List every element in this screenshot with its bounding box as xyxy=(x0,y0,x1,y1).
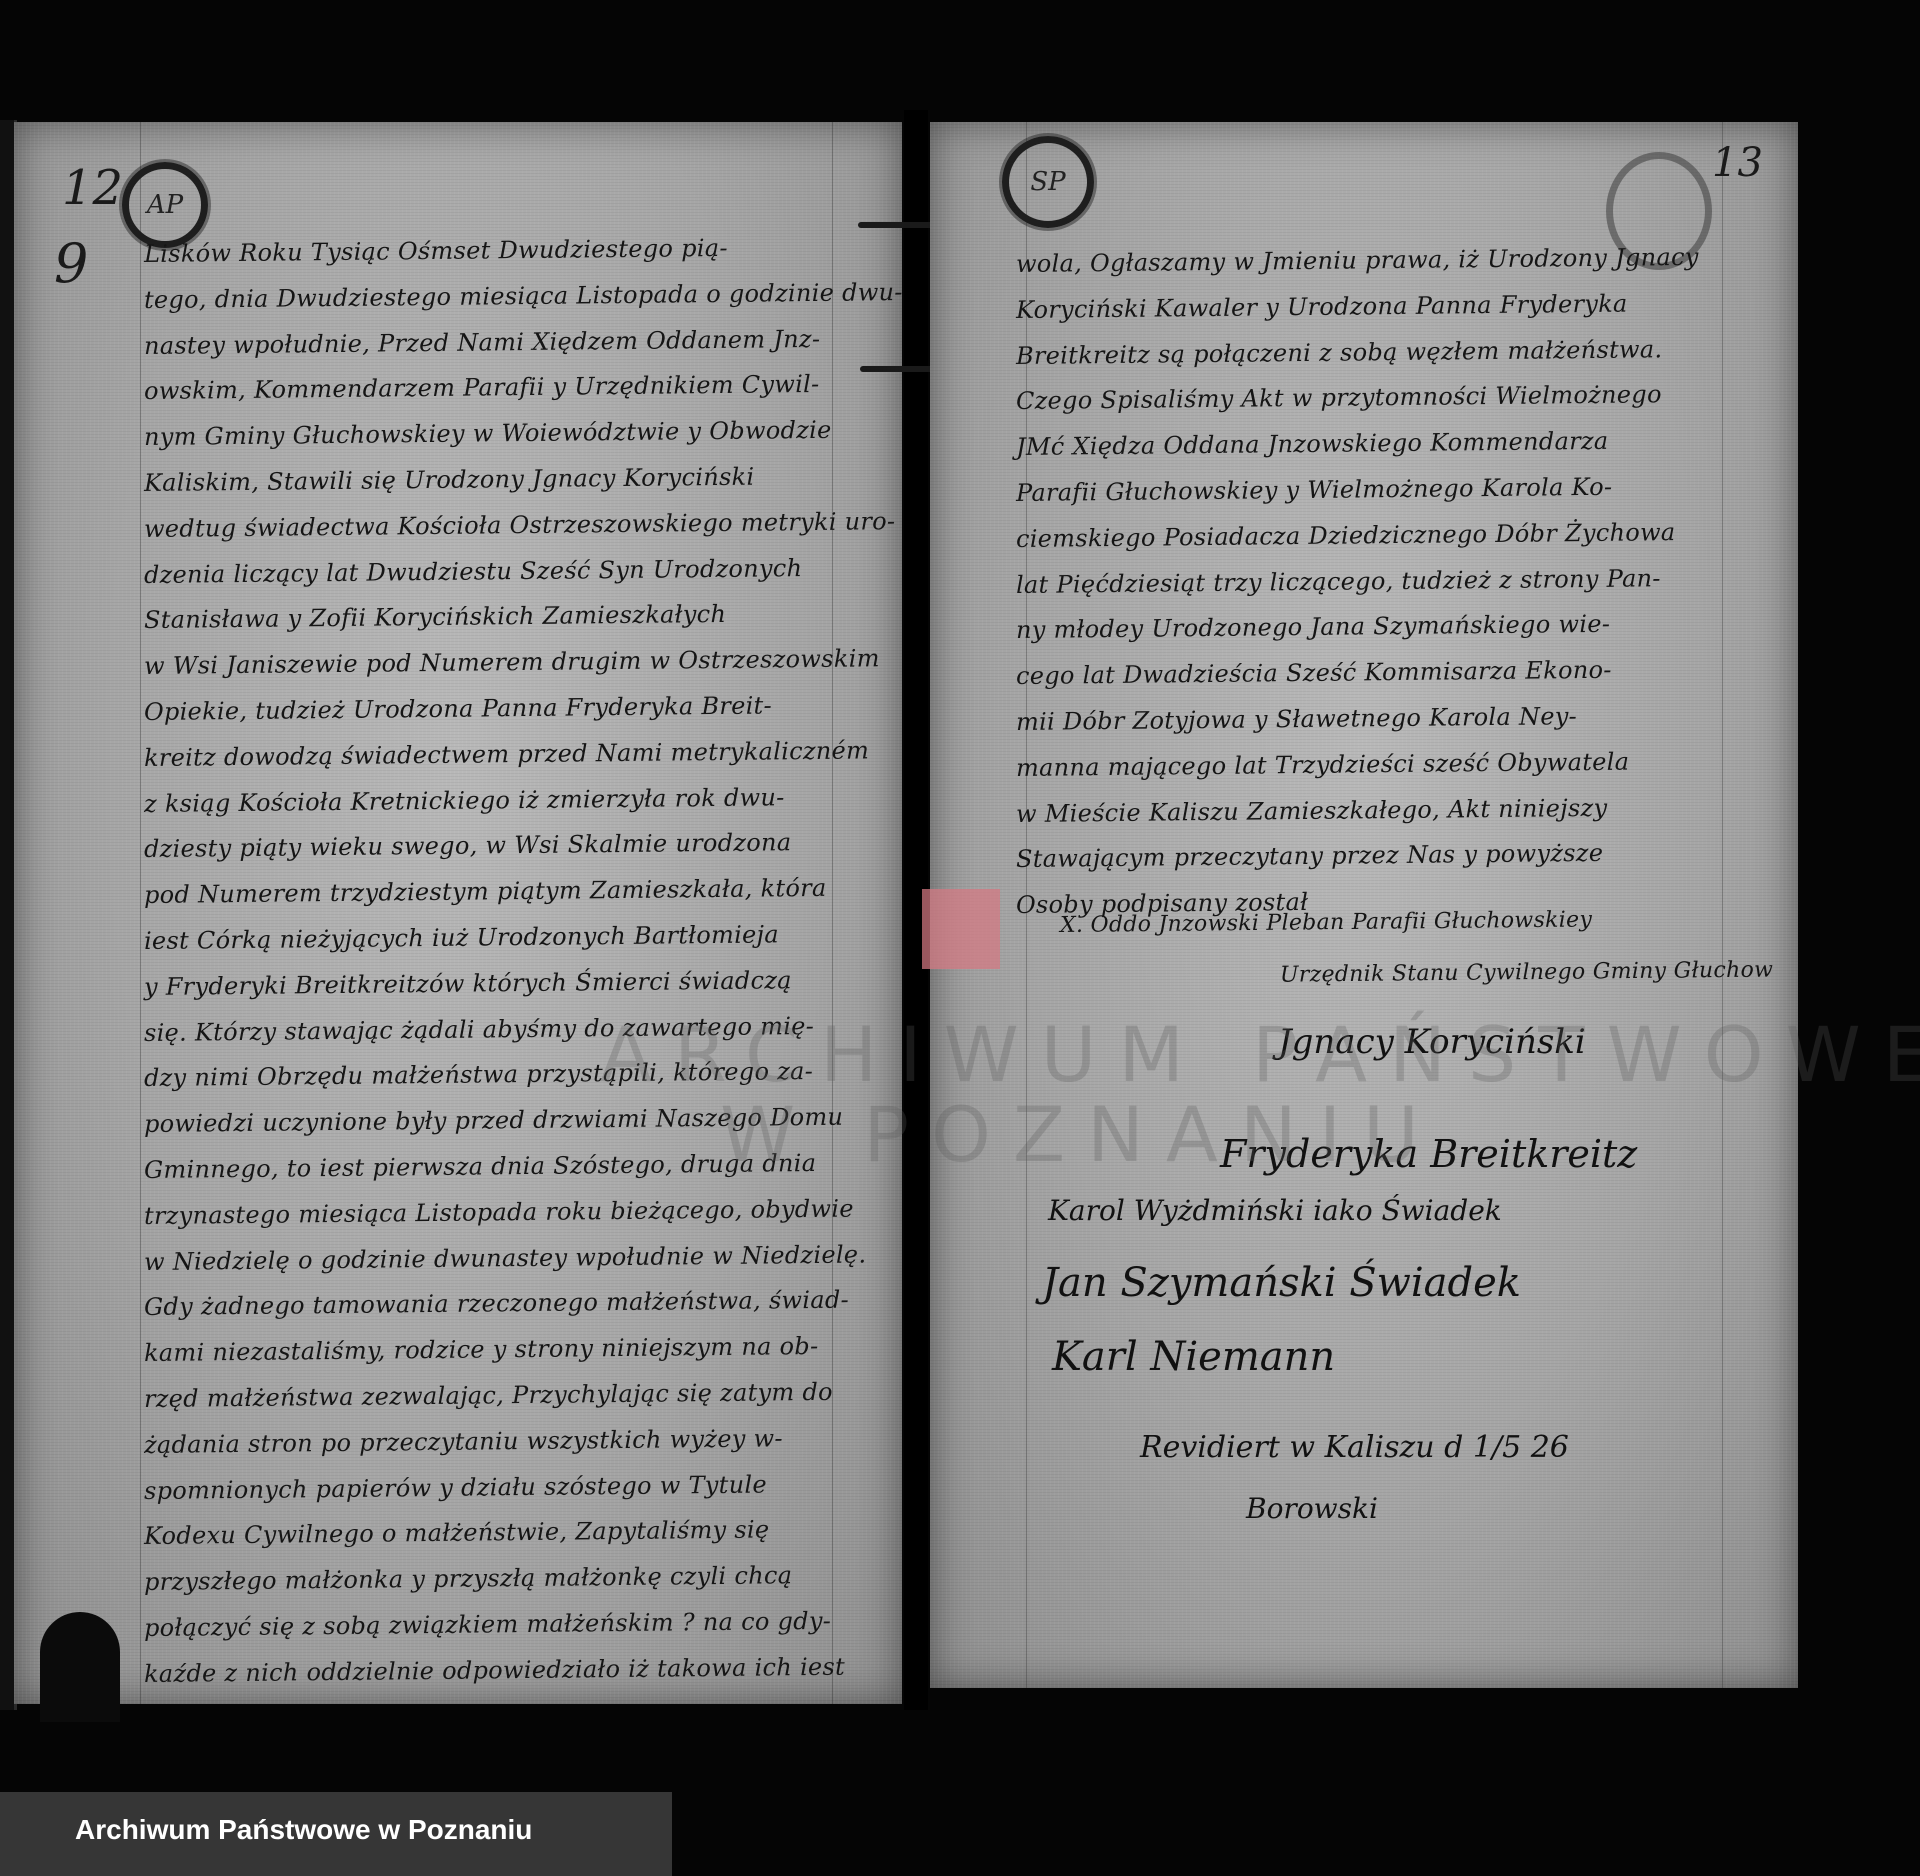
text-line: w Wsi Janiszewie pod Numerem drugim w Os… xyxy=(144,636,903,690)
archive-seal-stamp: SP xyxy=(1002,136,1094,228)
text-line: Kodexu Cywilnego o małżeństwie, Zapytali… xyxy=(144,1506,903,1560)
text-line: Stanisława y Zofii Korycińskich Zamieszk… xyxy=(144,590,903,644)
text-line: wola, Ogłaszamy w Jmieniu prawa, iż Urod… xyxy=(1016,235,1699,288)
text-line: lat Pięćdziesiąt trzy liczącego, tudzież… xyxy=(1016,555,1699,608)
text-line: Stawającym przeczytany przez Nas y powyż… xyxy=(1016,830,1699,883)
text-line: tego, dnia Dwudziestego miesiąca Listopa… xyxy=(144,270,903,324)
page-clip-shadow xyxy=(40,1612,120,1722)
text-line: Opiekie, tudzież Urodzona Panna Fryderyk… xyxy=(144,682,903,736)
text-line: ciemskiego Posiadacza Dziedzicznego Dóbr… xyxy=(1016,510,1699,563)
text-line: kaźde z nich oddzielnie odpowiedziało iż… xyxy=(144,1644,903,1698)
position-marker xyxy=(922,889,1000,969)
text-line: Czego Spisaliśmy Akt w przytomności Wiel… xyxy=(1016,372,1699,425)
text-line: owskim, Kommendarzem Parafii y Urzędniki… xyxy=(144,361,903,415)
text-line: w Mieście Kaliszu Zamieszkałego, Akt nin… xyxy=(1016,784,1699,837)
text-line: Lisków Roku Tysiąc Ośmset Dwudziestego p… xyxy=(144,224,903,278)
archive-label: Archiwum Państwowe w Poznaniu xyxy=(75,1814,532,1846)
right-page: SP 13 wola, Ogłaszamy w Jmieniu prawa, i… xyxy=(930,122,1798,1688)
text-line: Koryciński Kawaler y Urodzona Panna Fryd… xyxy=(1016,281,1699,334)
text-line: nym Gminy Głuchowskiey w Woiewództwie y … xyxy=(144,407,903,461)
officiant-line: X. Oddo Jnzowski Pleban Parafii Głuchows… xyxy=(1060,893,1774,952)
text-line: kreitz dowodzą świadectwem przed Nami me… xyxy=(144,728,903,782)
watermark-line-1: ARCHIWUM PAŃSTWOWE xyxy=(600,1010,1920,1099)
text-line: przyszłego małżonka y przyszłą małżonkę … xyxy=(144,1552,903,1606)
signature-reviewer: Borowski xyxy=(1246,1492,1378,1525)
signature-witness-2: Jan Szymański Świadek xyxy=(1042,1260,1521,1306)
handwritten-text-left: Lisków Roku Tysiąc Ośmset Dwudziestego p… xyxy=(144,232,903,1698)
text-line: manna mającego lat Trzydzieści sześć Oby… xyxy=(1016,739,1699,792)
text-line: wedtug świadectwa Kościoła Ostrzeszowski… xyxy=(144,499,903,553)
text-line: kami niezastaliśmy, rodzice y strony nin… xyxy=(144,1323,903,1377)
officiant-line: Urzędnik Stanu Cywilnego Gminy Głuchow xyxy=(1060,945,1774,1004)
watermark-line-2: W POZNANIU xyxy=(720,1090,1441,1179)
text-line: Parafii Głuchowskiey y Wielmożnego Karol… xyxy=(1016,464,1699,517)
text-line: iest Córką nieżyjących iuż Urodzonych Ba… xyxy=(144,911,903,965)
text-line: ny młodey Urodzonego Jana Szymańskiego w… xyxy=(1016,601,1699,654)
handwritten-text-right: wola, Ogłaszamy w Jmieniu prawa, iż Urod… xyxy=(1016,242,1699,929)
text-line: rzęd małżeństwa zezwalając, Przychylając… xyxy=(144,1369,903,1423)
margin-rule-left xyxy=(140,122,141,1704)
folio-number: 12 xyxy=(62,160,123,216)
text-line: cego lat Dwadzieścia Sześć Kommisarza Ek… xyxy=(1016,647,1699,700)
seal-text: AP xyxy=(147,190,183,220)
revision-note: Revidiert w Kaliszu d 1/5 26 xyxy=(1140,1430,1569,1465)
text-line: JMć Xiędza Oddana Jnzowskiego Kommendarz… xyxy=(1016,418,1699,471)
text-line: y Fryderyki Breitkreitzów których Śmierc… xyxy=(144,957,903,1011)
text-line: połączyć się z sobą związkiem małżeńskim… xyxy=(144,1598,903,1652)
left-page: 12 9 AP Lisków Roku Tysiąc Ośmset Dwudzi… xyxy=(14,122,902,1704)
seal-text: SP xyxy=(1030,167,1065,197)
entry-number: 9 xyxy=(54,232,88,295)
text-line: Gdy żadnego tamowania rzeczonego małżeńs… xyxy=(144,1277,903,1331)
officiant-block: X. Oddo Jnzowski Pleban Parafii Głuchows… xyxy=(1060,900,1773,1004)
text-line: pod Numerem trzydziestym piątym Zamieszk… xyxy=(144,865,903,919)
signature-witness-1: Karol Wyżdmiński iako Świadek xyxy=(1048,1194,1502,1227)
text-line: żądania stron po przeczytaniu wszystkich… xyxy=(144,1415,903,1469)
signature-witness-3: Karl Niemann xyxy=(1052,1334,1335,1380)
text-line: trzynastego miesiąca Listopada roku bież… xyxy=(144,1186,903,1240)
text-line: mii Dóbr Zotyjowa y Sławetnego Karola Ne… xyxy=(1016,693,1699,746)
text-line: Breitkreitz są połączeni z sobą węzłem m… xyxy=(1016,326,1699,379)
text-line: dziesty piąty wieku swego, w Wsi Skalmie… xyxy=(144,819,903,873)
folio-number: 13 xyxy=(1712,140,1763,186)
text-line: Kaliskim, Stawili się Urodzony Jgnacy Ko… xyxy=(144,453,903,507)
